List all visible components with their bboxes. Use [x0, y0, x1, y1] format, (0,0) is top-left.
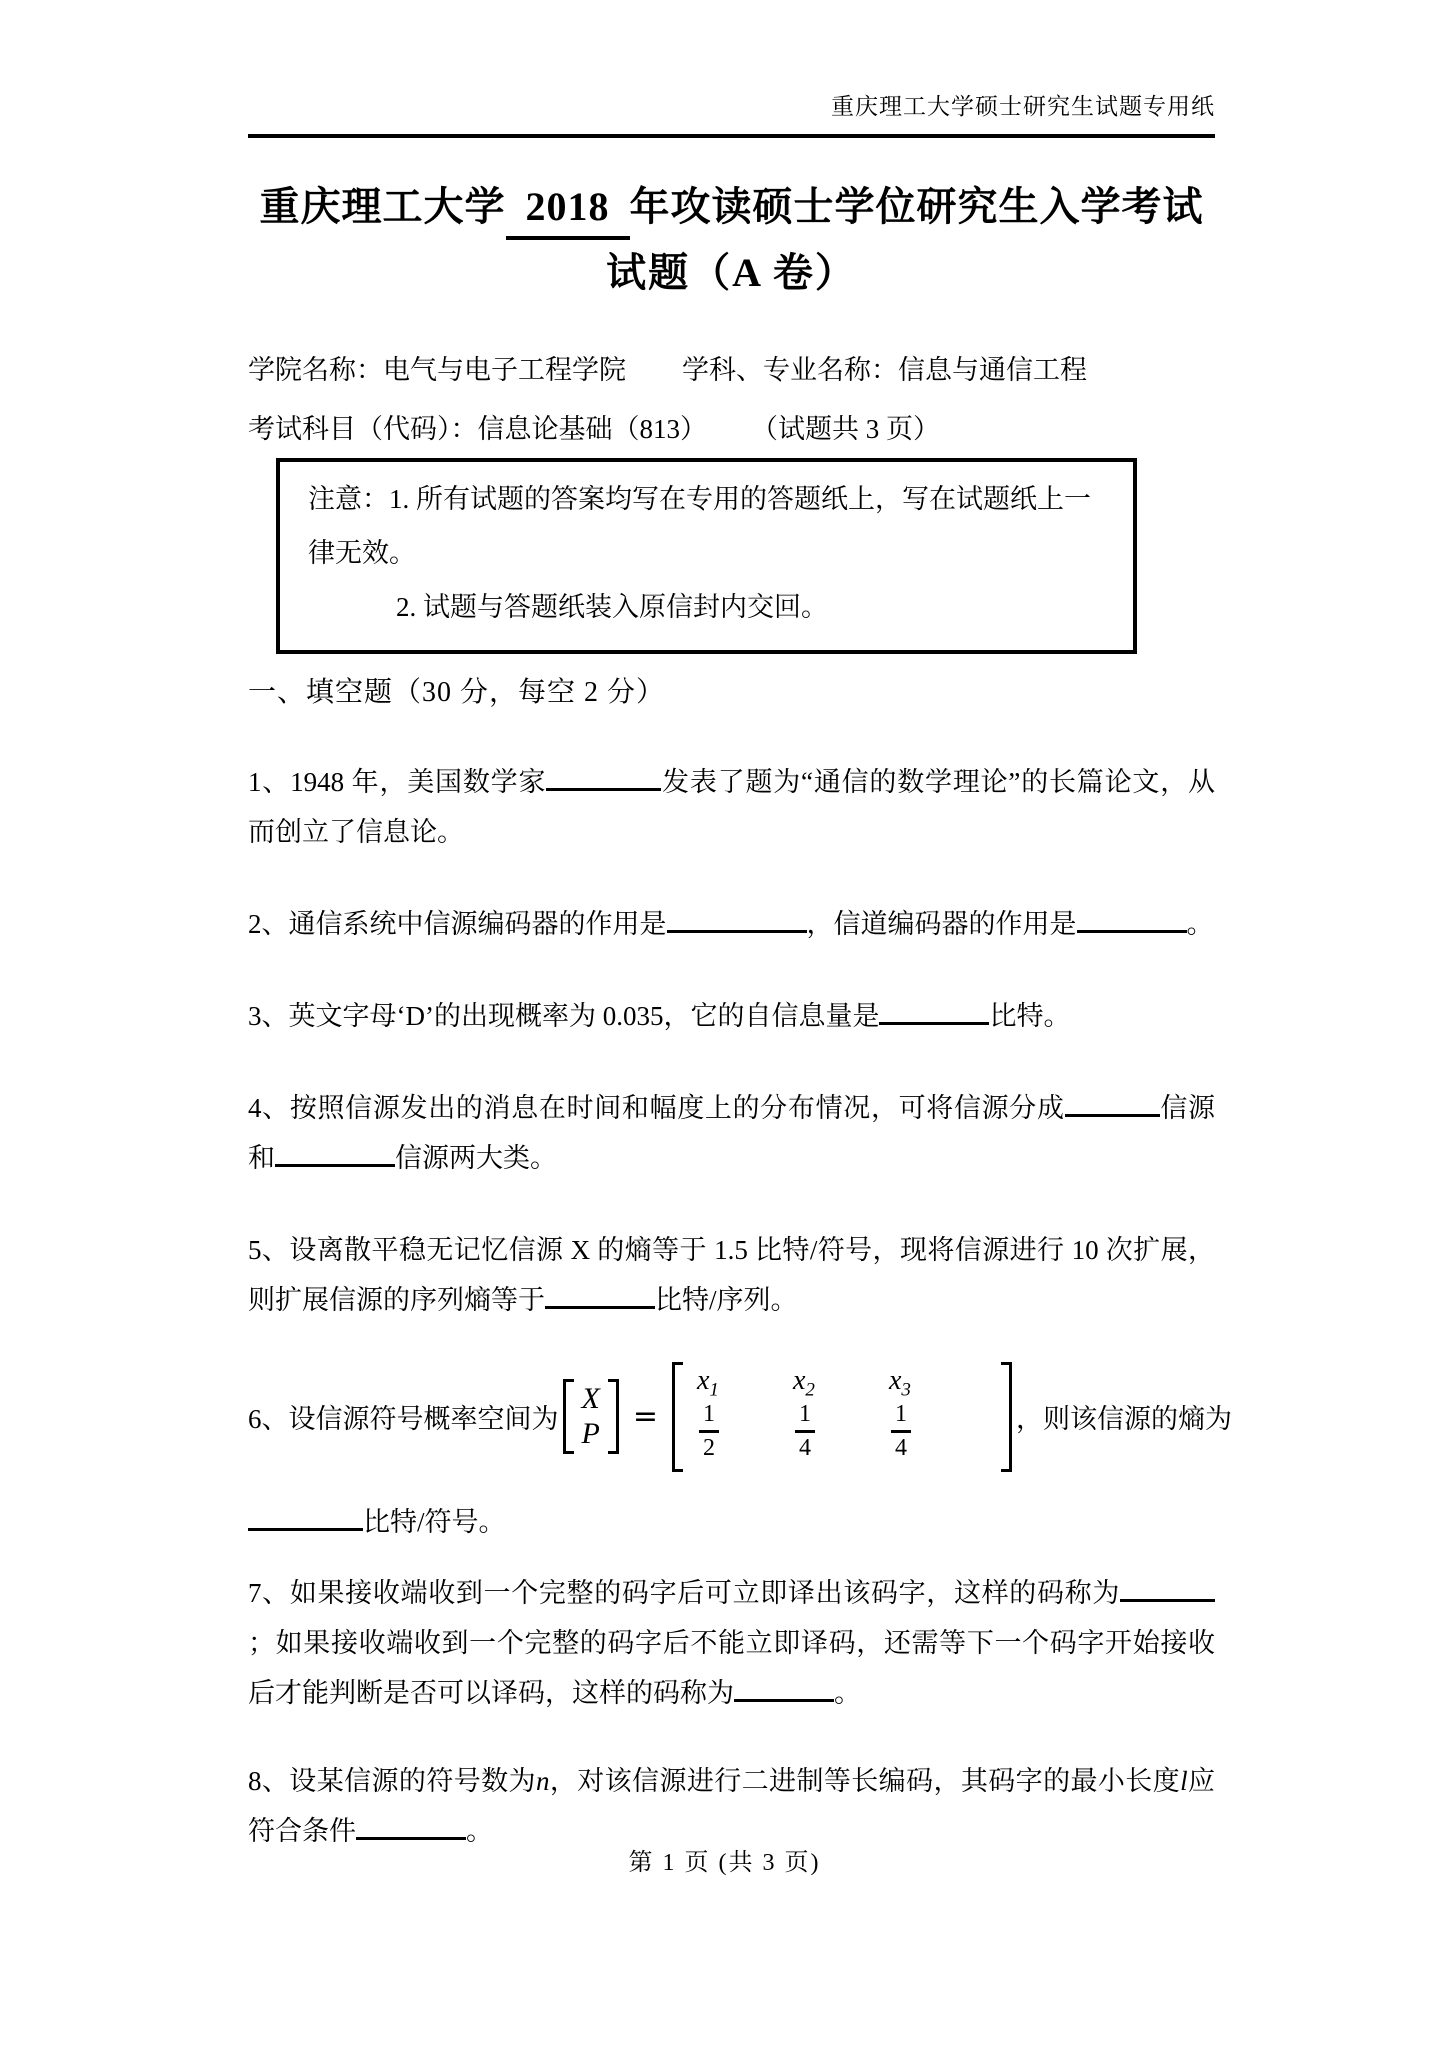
info-row-college: 学院名称：电气与电子工程学院 学科、专业名称：信息与通信工程 — [248, 348, 1215, 387]
right-bracket — [1001, 1362, 1012, 1472]
equals-sign: = — [633, 1399, 658, 1434]
left-bracket — [563, 1379, 574, 1454]
question-7: 7、如果接收端收到一个完整的码字后可立即译出该码字，这样的码称为；如果接收端收到… — [248, 1569, 1215, 1719]
blank-underline — [1120, 1576, 1215, 1602]
question-4-text: 4、按照信源发出的消息在时间和幅度上的分布情况，可将信源分成 — [248, 1093, 1065, 1123]
symbol-base: x — [889, 1365, 901, 1396]
blank-underline — [667, 907, 807, 933]
question-4: 4、按照信源发出的消息在时间和幅度上的分布情况，可将信源分成信源和信源两大类。 — [248, 1084, 1215, 1184]
page-number-footer: 第 1 页 (共 3 页) — [0, 1842, 1449, 1877]
blank-underline — [1077, 907, 1187, 933]
notice-item-1: 注意：1. 所有试题的答案均写在专用的答题纸上，写在试题纸上一律无效。 — [308, 472, 1107, 580]
fraction-denominator: 4 — [891, 1430, 911, 1462]
space-top: X — [582, 1382, 600, 1417]
question-2-text: 2、通信系统中信源编码器的作用是 — [248, 909, 667, 939]
question-4-text: 信源两大类。 — [395, 1143, 557, 1173]
question-1-text: 1、1948 年，美国数学家 — [248, 767, 546, 797]
question-6: 6、设信源符号概率空间为 X P = x1 x2 x3 — [248, 1362, 1215, 1539]
page-content: 重庆理工大学硕士研究生试题专用纸 重庆理工大学2018年攻读硕士学位研究生入学考… — [248, 0, 1215, 1857]
title-exam-name: 年攻读硕士学位研究生入学考试 — [630, 184, 1204, 229]
question-7-text: ；如果接收端收到一个完整的码字后不能立即译码，还需等下一个码字开始接收后才能判断… — [248, 1628, 1215, 1708]
paper-header-note: 重庆理工大学硕士研究生试题专用纸 — [248, 0, 1215, 121]
blank-underline — [1065, 1091, 1160, 1117]
question-3: 3、英文字母‘D’的出现概率为 0.035，它的自信息量是比特。 — [248, 992, 1215, 1042]
blank-underline — [879, 999, 989, 1025]
symbol-sub: 3 — [901, 1379, 911, 1400]
blank-underline — [545, 1283, 655, 1309]
exam-title-line2: 试题（A 卷） — [248, 244, 1215, 302]
symbol-sub: 2 — [805, 1379, 815, 1400]
symbol-base: x — [793, 1365, 805, 1396]
blank-underline — [275, 1141, 395, 1167]
question-2-text: 。 — [1187, 909, 1214, 939]
blank-underline — [356, 1814, 466, 1840]
blank-underline — [734, 1676, 834, 1702]
symbol-base: x — [697, 1365, 709, 1396]
question-6-text: ，则该信源的熵为 — [1016, 1397, 1232, 1436]
question-6-text: 6、设信源符号概率空间为 — [248, 1397, 559, 1436]
question-6-text: 比特/符号。 — [363, 1507, 506, 1537]
question-7-text: 。 — [834, 1678, 861, 1708]
probability-fraction-1: 12 — [699, 1401, 719, 1462]
xp-stack: X P — [574, 1379, 608, 1454]
header-rule — [248, 134, 1215, 138]
question-1: 1、1948 年，美国数学家发表了题为“通信的数学理论”的长篇论文，从而创立了信… — [248, 758, 1215, 858]
exam-title: 重庆理工大学2018年攻读硕士学位研究生入学考试 试题（A 卷） — [248, 178, 1215, 302]
question-5: 5、设离散平稳无记忆信源 X 的熵等于 1.5 比特/符号，现将信源进行 10 … — [248, 1226, 1215, 1326]
fraction-denominator: 2 — [699, 1430, 719, 1462]
question-8-text: 8、设某信源的符号数为 — [248, 1766, 536, 1796]
probability-space-symbol: X P — [563, 1379, 619, 1454]
subject-name: 考试科目（代码）：信息论基础（813） — [248, 407, 707, 446]
question-8-text: ，对该信源进行二进制等长编码，其码字的最小长度 — [549, 1766, 1180, 1796]
space-bottom: P — [582, 1417, 600, 1452]
title-university: 重庆理工大学 — [260, 184, 506, 229]
fraction-numerator: 1 — [892, 1401, 910, 1430]
notice-box: 注意：1. 所有试题的答案均写在专用的答题纸上，写在试题纸上一律无效。 2. 试… — [276, 458, 1137, 654]
title-year-blank: 2018 — [506, 178, 630, 240]
symbol-x1: x1 — [697, 1366, 719, 1400]
fraction-numerator: 1 — [700, 1401, 718, 1430]
page-count-note: （试题共 3 页） — [751, 407, 940, 446]
question-6-math-line: 6、设信源符号概率空间为 X P = x1 x2 x3 — [248, 1362, 1215, 1472]
question-6-answer-line: 比特/符号。 — [248, 1500, 1215, 1539]
exam-paper-page: 重庆理工大学硕士研究生试题专用纸 重庆理工大学2018年攻读硕士学位研究生入学考… — [0, 0, 1449, 2046]
left-bracket — [672, 1362, 683, 1472]
major-name: 学科、专业名称：信息与通信工程 — [682, 348, 1087, 387]
probability-fraction-2: 14 — [795, 1401, 815, 1462]
blank-underline — [546, 765, 661, 791]
matrix-grid: x1 x2 x3 12 14 14 — [683, 1362, 1001, 1472]
probability-matrix: x1 x2 x3 12 14 14 — [672, 1362, 1012, 1472]
fraction-denominator: 4 — [795, 1430, 815, 1462]
probability-fraction-3: 14 — [891, 1401, 911, 1462]
symbol-sub: 1 — [709, 1379, 719, 1400]
variable-n: n — [536, 1766, 550, 1796]
question-3-text: 3、英文字母‘D’的出现概率为 0.035，它的自信息量是 — [248, 1001, 879, 1031]
question-5-text: 比特/序列。 — [655, 1285, 798, 1315]
notice-item-2: 2. 试题与答题纸装入原信封内交回。 — [308, 580, 1107, 634]
question-2: 2、通信系统中信源编码器的作用是，信道编码器的作用是。 — [248, 900, 1215, 950]
question-2-text: ，信道编码器的作用是 — [807, 909, 1077, 939]
college-name: 学院名称：电气与电子工程学院 — [248, 348, 626, 387]
fraction-numerator: 1 — [796, 1401, 814, 1430]
section-heading-fill-in: 一、填空题（30 分，每空 2 分） — [248, 670, 1215, 710]
question-3-text: 比特。 — [989, 1001, 1070, 1031]
question-7-text: 7、如果接收端收到一个完整的码字后可立即译出该码字，这样的码称为 — [248, 1578, 1120, 1608]
variable-l: l — [1180, 1766, 1188, 1796]
symbol-x3: x3 — [889, 1366, 911, 1400]
exam-title-line1: 重庆理工大学2018年攻读硕士学位研究生入学考试 — [248, 178, 1215, 240]
right-bracket — [608, 1379, 619, 1454]
symbol-x2: x2 — [793, 1366, 815, 1400]
info-row-subject: 考试科目（代码）：信息论基础（813） （试题共 3 页） — [248, 407, 1215, 446]
blank-underline — [248, 1505, 363, 1531]
